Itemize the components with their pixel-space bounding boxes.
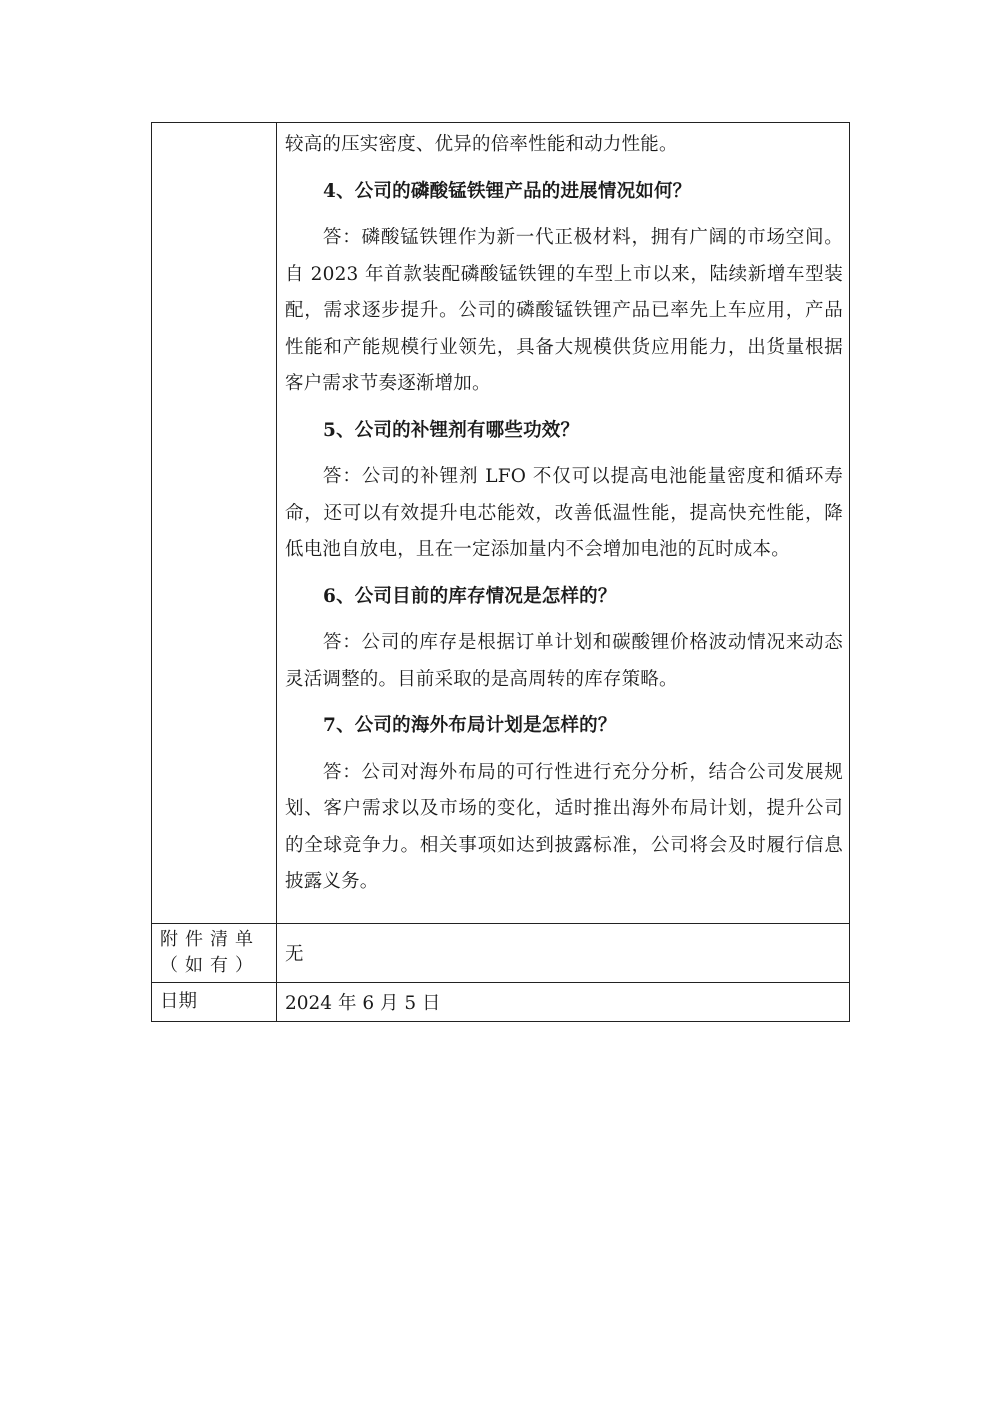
attachments-value: 无 xyxy=(277,924,849,982)
qa-content-row: 较高的压实密度、优异的倍率性能和动力性能。 4、公司的磷酸锰铁锂产品的进展情况如… xyxy=(152,123,849,923)
question-5: 5、公司的补锂剂有哪些功效？ xyxy=(285,413,843,450)
attachments-label: 附件清单（如有） xyxy=(152,924,277,982)
answer-6: 答：公司的库存是根据订单计划和碳酸锂价格波动情况来动态灵活调整的。目前采取的是高… xyxy=(285,625,843,698)
question-7: 7、公司的海外布局计划是怎样的？ xyxy=(285,708,843,745)
answer-7: 答：公司对海外布局的可行性进行充分分析，结合公司发展规划、客户需求以及市场的变化… xyxy=(285,755,843,901)
date-label: 日期 xyxy=(152,983,277,1021)
continuation-text: 较高的压实密度、优异的倍率性能和动力性能。 xyxy=(285,127,843,164)
qa-content-cell: 较高的压实密度、优异的倍率性能和动力性能。 4、公司的磷酸锰铁锂产品的进展情况如… xyxy=(277,123,849,923)
answer-5: 答：公司的补锂剂 LFO 不仅可以提高电池能量密度和循环寿命，还可以有效提升电芯… xyxy=(285,459,843,569)
empty-label-cell xyxy=(152,123,277,923)
investor-relations-table: 较高的压实密度、优异的倍率性能和动力性能。 4、公司的磷酸锰铁锂产品的进展情况如… xyxy=(151,122,850,1022)
date-value: 2024 年 6 月 5 日 xyxy=(277,983,849,1021)
answer-4: 答：磷酸锰铁锂作为新一代正极材料，拥有广阔的市场空间。自 2023 年首款装配磷… xyxy=(285,220,843,403)
date-row: 日期 2024 年 6 月 5 日 xyxy=(152,982,849,1021)
question-4: 4、公司的磷酸锰铁锂产品的进展情况如何？ xyxy=(285,174,843,211)
question-6: 6、公司目前的库存情况是怎样的？ xyxy=(285,579,843,616)
attachments-row: 附件清单（如有） 无 xyxy=(152,923,849,982)
